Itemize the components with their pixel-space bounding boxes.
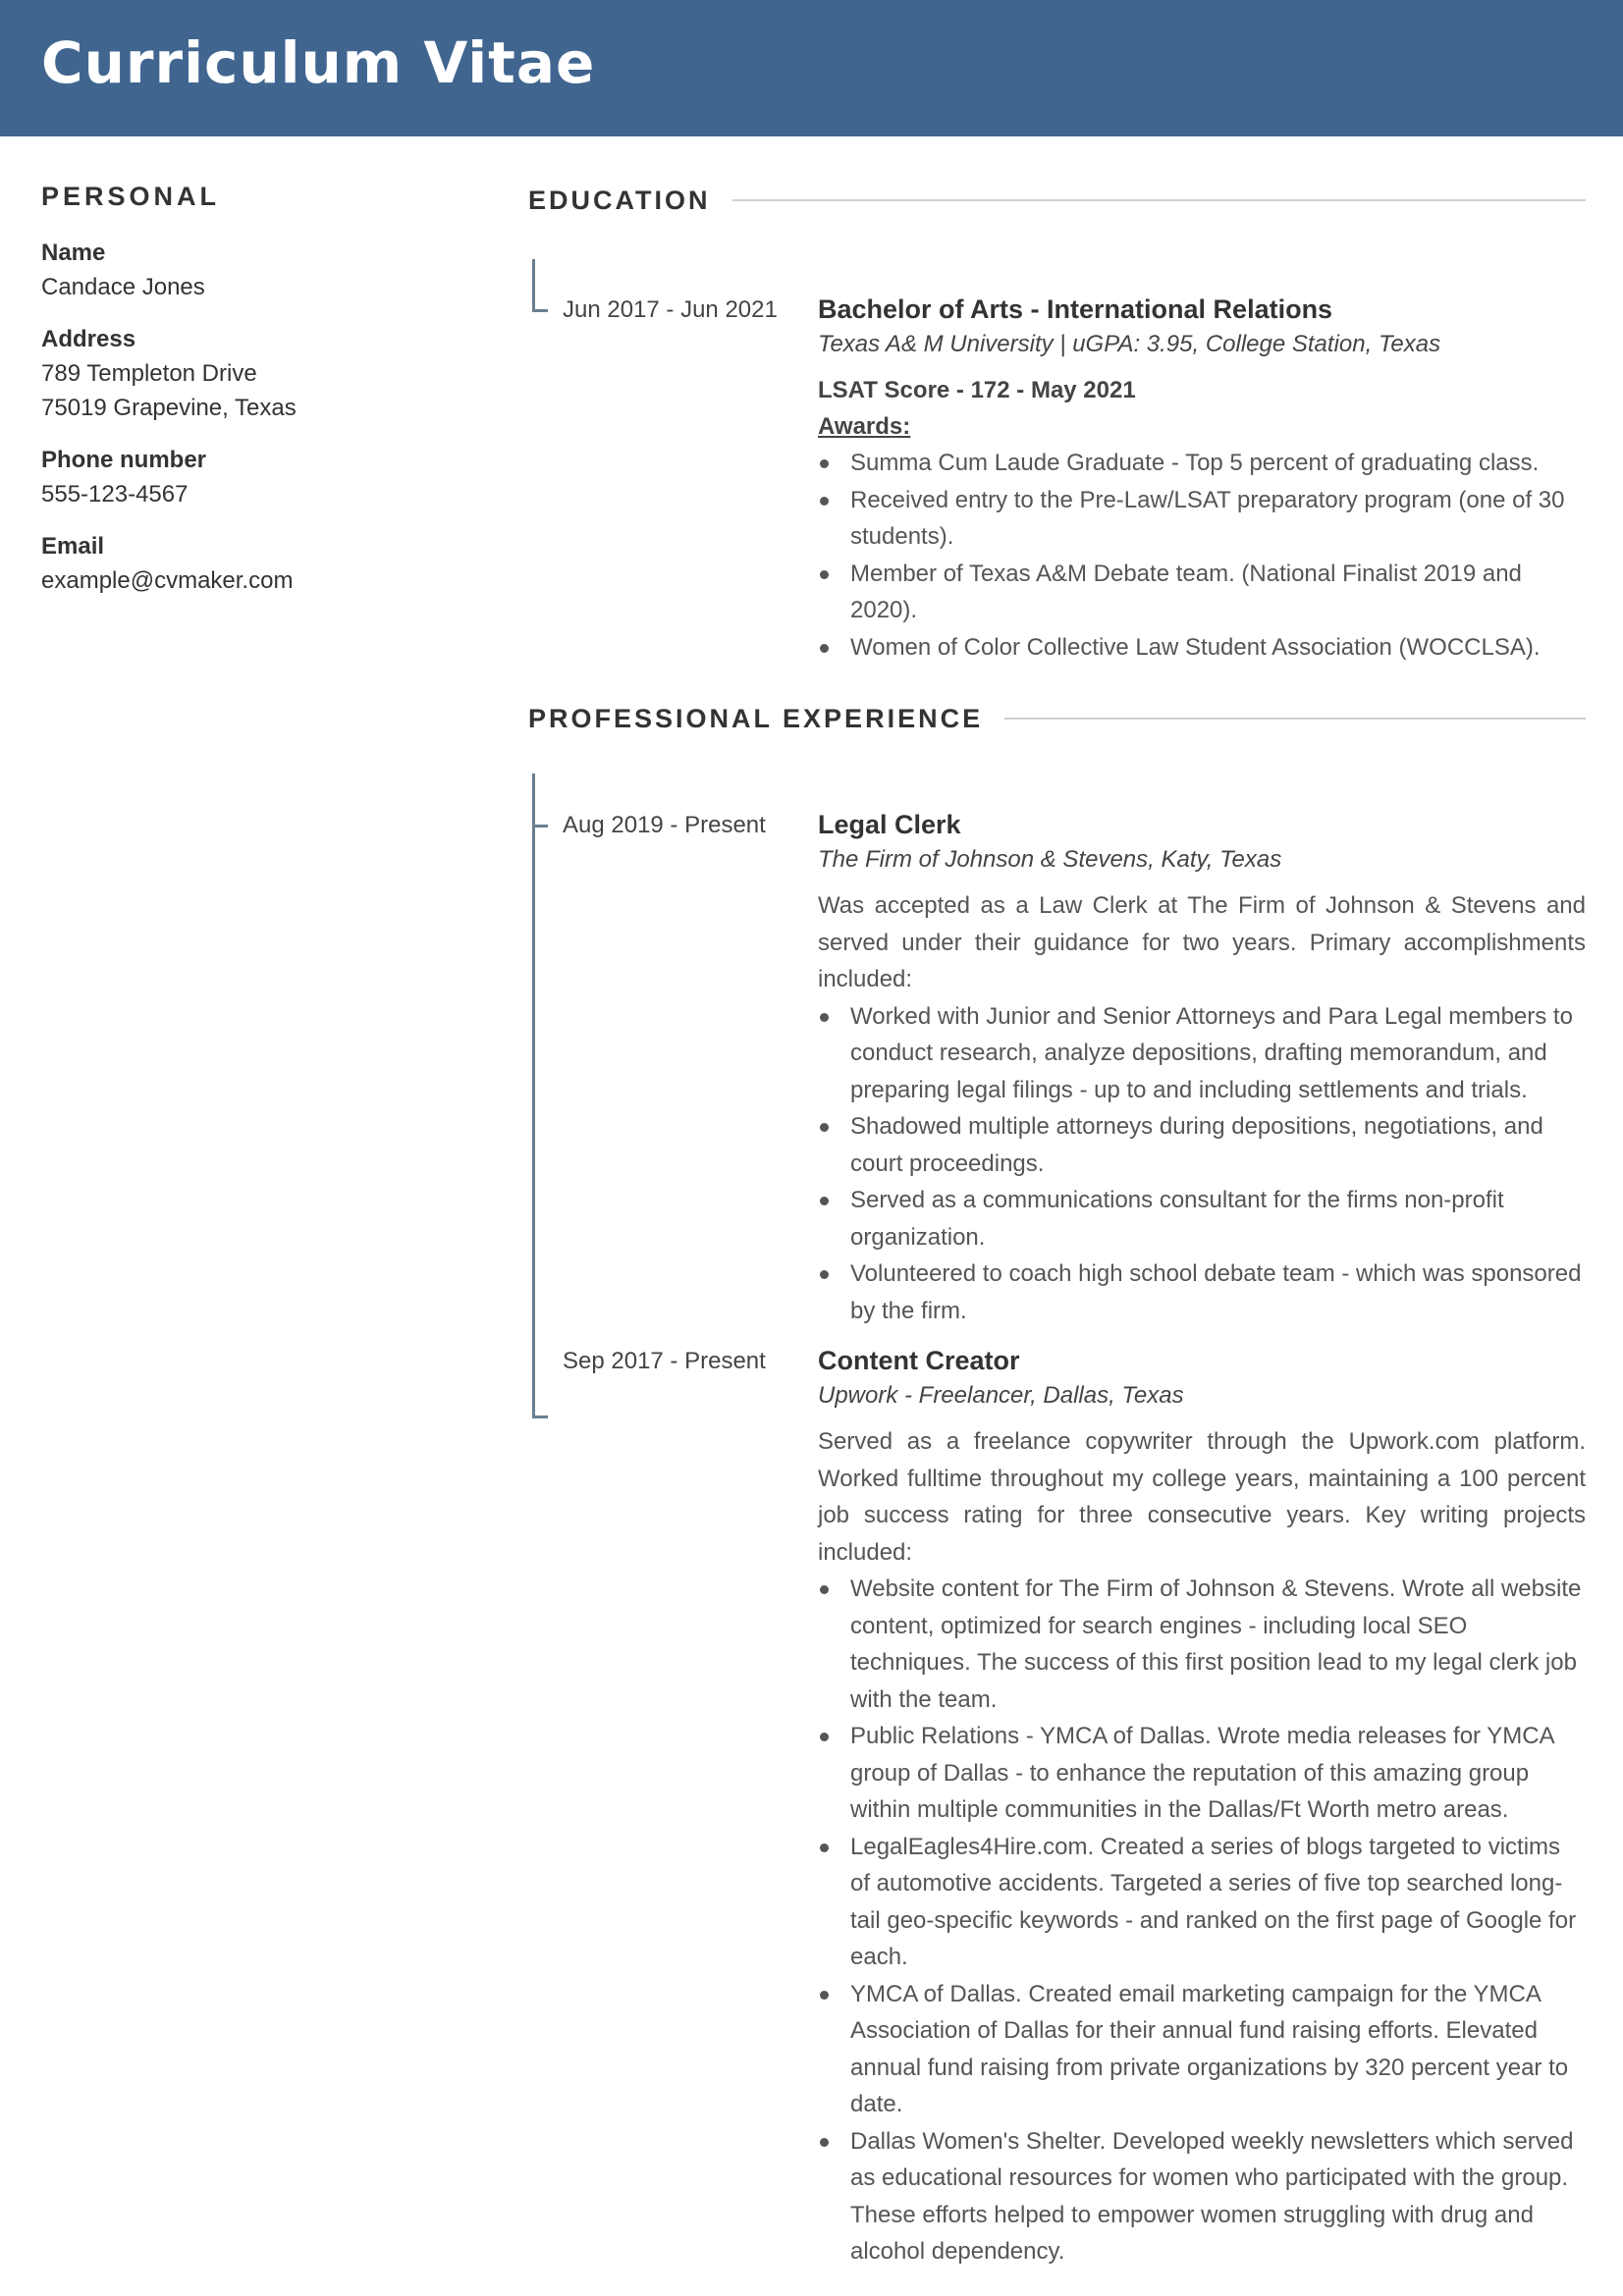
field-phone: Phone number 555-123-4567 xyxy=(41,443,463,511)
entry-description: Was accepted as a Law Clerk at The Firm … xyxy=(818,887,1586,998)
experience-timeline: Aug 2019 - Present Legal Clerk The Firm … xyxy=(528,774,1586,2270)
entry-title: Content Creator xyxy=(818,1343,1586,1378)
field-label: Address xyxy=(41,322,463,356)
lsat-score: LSAT Score - 172 - May 2021 xyxy=(818,372,1586,409)
personal-heading: PERSONAL xyxy=(41,177,463,216)
education-header: EDUCATION xyxy=(528,177,1586,224)
education-timeline: Jun 2017 - Jun 2021 Bachelor of Arts - I… xyxy=(528,259,1586,666)
field-value: example@cvmaker.com xyxy=(41,563,463,598)
section-divider xyxy=(1004,718,1586,720)
field-name: Name Candace Jones xyxy=(41,236,463,304)
projects-list: Website content for The Firm of Johnson … xyxy=(818,1571,1586,2270)
list-item: Summa Cum Laude Graduate - Top 5 percent… xyxy=(818,445,1586,482)
list-item: Served as a communications consultant fo… xyxy=(818,1182,1586,1255)
field-value: Candace Jones xyxy=(41,270,463,304)
entry-date: Aug 2019 - Present xyxy=(528,807,818,1329)
list-item: Public Relations - YMCA of Dallas. Wrote… xyxy=(818,1718,1586,1829)
experience-entry: Aug 2019 - Present Legal Clerk The Firm … xyxy=(528,774,1586,1329)
entry-body: Legal Clerk The Firm of Johnson & Steven… xyxy=(818,807,1586,1329)
awards-list: Summa Cum Laude Graduate - Top 5 percent… xyxy=(818,445,1586,666)
list-item: Shadowed multiple attorneys during depos… xyxy=(818,1108,1586,1182)
field-value: 789 Templeton Drive xyxy=(41,356,463,391)
experience-heading: PROFESSIONAL EXPERIENCE xyxy=(528,704,1004,734)
experience-entry: Sep 2017 - Present Content Creator Upwor… xyxy=(528,1329,1586,2270)
list-item: Member of Texas A&M Debate team. (Nation… xyxy=(818,556,1586,629)
entry-date: Jun 2017 - Jun 2021 xyxy=(528,292,818,666)
page-header: Curriculum Vitae xyxy=(0,0,1623,136)
entry-title: Bachelor of Arts - International Relatio… xyxy=(818,292,1586,327)
field-email: Email example@cvmaker.com xyxy=(41,529,463,598)
entry-subtitle: Upwork - Freelancer, Dallas, Texas xyxy=(818,1378,1586,1414)
accomplishments-list: Worked with Junior and Senior Attorneys … xyxy=(818,998,1586,1330)
entry-subtitle: The Firm of Johnson & Stevens, Katy, Tex… xyxy=(818,842,1586,878)
list-item: Worked with Junior and Senior Attorneys … xyxy=(818,998,1586,1109)
field-label: Phone number xyxy=(41,443,463,477)
field-value: 555-123-4567 xyxy=(41,477,463,511)
experience-header: PROFESSIONAL EXPERIENCE xyxy=(528,695,1586,742)
list-item: Received entry to the Pre-Law/LSAT prepa… xyxy=(818,482,1586,556)
awards-label: Awards: xyxy=(818,409,1586,445)
section-divider xyxy=(732,199,1587,201)
entry-description: Served as a freelance copywriter through… xyxy=(818,1423,1586,1571)
entry-body: Content Creator Upwork - Freelancer, Dal… xyxy=(818,1343,1586,2270)
entry-body: Bachelor of Arts - International Relatio… xyxy=(818,292,1586,666)
entry-subtitle: Texas A& M University | uGPA: 3.95, Coll… xyxy=(818,327,1586,362)
education-entry: Jun 2017 - Jun 2021 Bachelor of Arts - I… xyxy=(528,259,1586,666)
list-item: LegalEagles4Hire.com. Created a series o… xyxy=(818,1829,1586,1976)
field-label: Email xyxy=(41,529,463,563)
list-item: Website content for The Firm of Johnson … xyxy=(818,1571,1586,1718)
entry-title: Legal Clerk xyxy=(818,807,1586,842)
list-item: YMCA of Dallas. Created email marketing … xyxy=(818,1976,1586,2123)
list-item: Women of Color Collective Law Student As… xyxy=(818,629,1586,667)
field-label: Name xyxy=(41,236,463,270)
entry-date: Sep 2017 - Present xyxy=(528,1343,818,2270)
education-heading: EDUCATION xyxy=(528,186,732,216)
personal-section: PERSONAL Name Candace Jones Address 789 … xyxy=(41,177,463,615)
field-address: Address 789 Templeton Drive 75019 Grapev… xyxy=(41,322,463,425)
field-value: 75019 Grapevine, Texas xyxy=(41,391,463,425)
list-item: Dallas Women's Shelter. Developed weekly… xyxy=(818,2123,1586,2270)
document-title: Curriculum Vitae xyxy=(41,29,595,96)
list-item: Volunteered to coach high school debate … xyxy=(818,1255,1586,1329)
main-column: EDUCATION Jun 2017 - Jun 2021 Bachelor o… xyxy=(528,177,1586,2270)
